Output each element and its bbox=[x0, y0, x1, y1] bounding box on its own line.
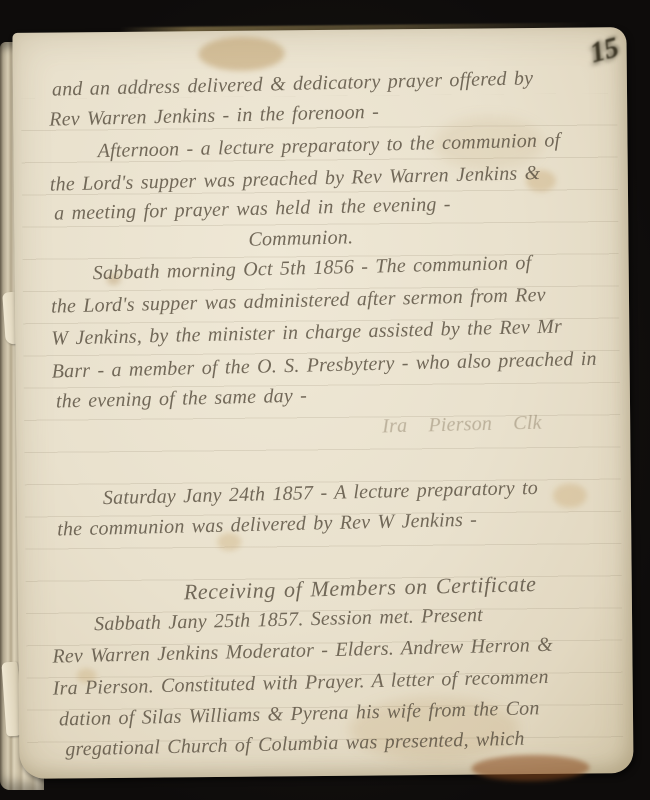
manuscript-line: the Lord's supper was preached by Rev Wa… bbox=[50, 160, 541, 198]
manuscript-line: Saturday Jany 24th 1857 - A lecture prep… bbox=[103, 475, 539, 511]
manuscript-page: 15 and an address delivered & dedicatory… bbox=[12, 27, 633, 779]
manuscript-line: gregational Church of Columbia was prese… bbox=[65, 726, 525, 763]
manuscript-line: a meeting for prayer was held in the eve… bbox=[54, 191, 451, 226]
clerk-signature-note: Ira Pierson Clk bbox=[382, 410, 542, 440]
manuscript-line: Sabbath Jany 25th 1857. Session met. Pre… bbox=[94, 602, 483, 637]
manuscript-line: the Lord's supper was administered after… bbox=[51, 282, 546, 320]
scanned-photo-backdrop: 15 and an address delivered & dedicatory… bbox=[0, 0, 650, 800]
manuscript-line: Barr - a member of the O. S. Presbytery … bbox=[51, 346, 597, 385]
stain bbox=[553, 483, 587, 507]
section-heading-receiving-members: Receiving of Members on Certificate bbox=[184, 571, 537, 605]
manuscript-line: Sabbath morning Oct 5th 1856 - The commu… bbox=[92, 250, 531, 286]
stain bbox=[198, 36, 284, 71]
manuscript-line: the communion was delivered by Rev W Jen… bbox=[57, 507, 477, 543]
manuscript-line: Rev Warren Jenkins - in the forenoon - bbox=[49, 99, 379, 133]
section-heading-communion: Communion. bbox=[248, 224, 353, 252]
page-number: 15 bbox=[587, 32, 622, 70]
manuscript-line: and an address delivered & dedicatory pr… bbox=[52, 65, 534, 102]
manuscript-line: Afternoon - a lecture preparatory to the… bbox=[97, 127, 560, 164]
manuscript-line: W Jenkins, by the minister in charge ass… bbox=[51, 314, 562, 352]
manuscript-line: the evening of the same day - bbox=[56, 383, 308, 415]
manuscript-line: Rev Warren Jenkins Moderator - Elders. A… bbox=[52, 632, 553, 670]
rust-stain bbox=[471, 754, 589, 781]
